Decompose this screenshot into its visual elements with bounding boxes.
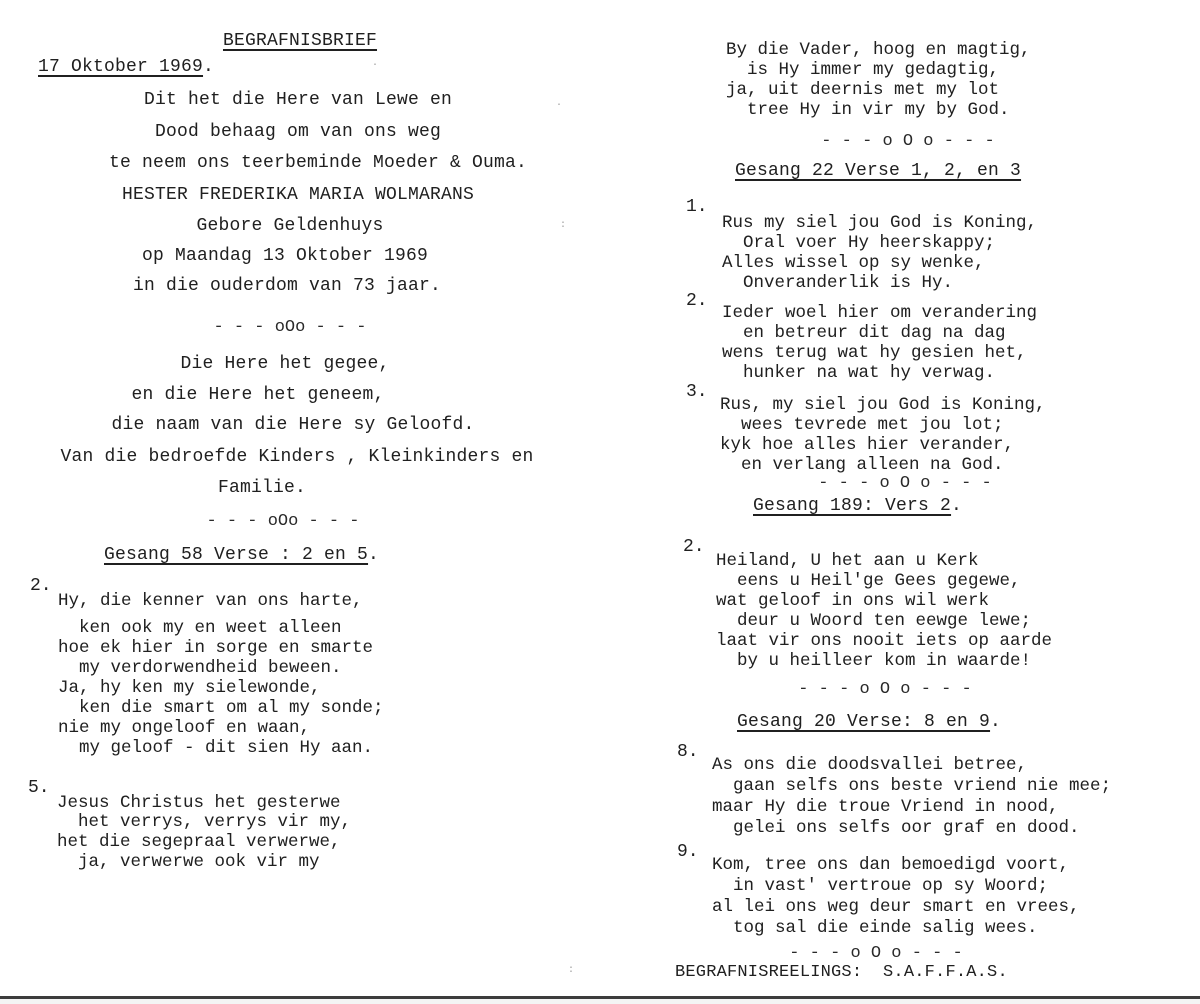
hymn-heading-20: Gesang 20 Verse: 8 en 9. <box>737 711 1001 733</box>
verse-line: gaan selfs ons beste vriend nie mee; <box>712 776 1111 796</box>
separator: - - - oOo - - - <box>206 512 359 531</box>
verse-number: 2. <box>30 576 52 596</box>
scan-speck: · <box>556 100 562 111</box>
page-bottom-strip <box>0 999 1200 1004</box>
scripture-line-2: en die Here het geneem, <box>131 384 384 406</box>
verse-line: Jesus Christus het gesterwe <box>57 793 341 813</box>
announcement-line-3: te neem ons teerbeminde Moeder & Ouma. <box>109 152 527 174</box>
hymn-heading-suffix: . <box>990 712 1001 732</box>
deceased-name: HESTER FREDERIKA MARIA WOLMARANS <box>122 184 474 206</box>
verse-line: Heiland, U het aan u Kerk <box>716 551 979 571</box>
verse-line: wat geloof in ons wil werk <box>716 591 989 611</box>
verse-line: wens terug wat hy gesien het, <box>722 343 1027 363</box>
verse-line: Kom, tree ons dan bemoedigd voort, <box>712 855 1069 875</box>
hymn-heading-text: Gesang 20 Verse: 8 en 9 <box>737 712 990 732</box>
verse-line: As ons die doodsvallei betree, <box>712 755 1027 775</box>
verse-line: By die Vader, hoog en magtig, <box>726 40 1031 60</box>
verse-line: ja, verwerwe ook vir my <box>57 852 320 872</box>
verse-line: ja, uit deernis met my lot <box>726 80 999 100</box>
verse-line: wees tevrede met jou lot; <box>720 415 1004 435</box>
verse-number: 5. <box>28 778 50 798</box>
funeral-arrangements: BEGRAFNISREELINGS: S.A.F.F.A.S. <box>675 962 1008 984</box>
letter-date: 17 Oktober 1969. <box>38 56 214 78</box>
verse-line: tree Hy in vir my by God. <box>726 100 1010 120</box>
verse-number: 3. <box>686 382 708 402</box>
verse-line: en betreur dit dag na dag <box>722 323 1006 343</box>
verse-line: hunker na wat hy verwag. <box>722 363 995 383</box>
verse-line: ken die smart om al my sonde; <box>58 698 384 718</box>
verse-line: tog sal die einde salig wees. <box>712 918 1038 938</box>
verse-line: laat vir ons nooit iets op aarde <box>716 631 1052 651</box>
hymn-heading-suffix: . <box>368 545 379 565</box>
verse-line: Onveranderlik is Hy. <box>722 273 953 293</box>
verse-number: 8. <box>677 742 699 762</box>
verse-line: ken ook my en weet alleen <box>58 618 342 638</box>
date-of-death: op Maandag 13 Oktober 1969 <box>142 245 428 267</box>
verse-line: my verdorwendheid beween. <box>58 658 342 678</box>
scan-speck: : <box>568 965 574 976</box>
document-title: BEGRAFNISBRIEF <box>223 30 377 52</box>
verse-line: gelei ons selfs oor graf en dood. <box>712 818 1080 838</box>
verse-line: en verlang alleen na God. <box>720 455 1004 475</box>
verse-line: Ieder woel hier om verandering <box>722 303 1037 323</box>
verse-number: 2. <box>686 291 708 311</box>
verse-line: eens u Heil'ge Gees gegewe, <box>716 571 1021 591</box>
scan-speck: : <box>560 220 566 231</box>
verse-line: Hy, die kenner van ons harte, <box>58 591 363 611</box>
separator: - - - o O o - - - <box>821 132 994 151</box>
verse-line: in vast' vertroue op sy Woord; <box>712 876 1048 896</box>
verse-line: Ja, hy ken my sielewonde, <box>58 678 321 698</box>
verse-line: by u heilleer kom in waarde! <box>716 651 1031 671</box>
verse-line: Oral voer Hy heerskappy; <box>722 233 995 253</box>
verse-line: nie my ongeloof en waan, <box>58 718 310 738</box>
verse-line: is Hy immer my gedagtig, <box>726 60 999 80</box>
separator: - - - o O o - - - <box>789 944 962 963</box>
scripture-line-1: Die Here het gegee, <box>180 353 389 375</box>
mourners-line: Van die bedroefde Kinders , Kleinkinders… <box>60 446 533 468</box>
scripture-line-3: die naam van die Here sy Geloofd. <box>111 414 474 436</box>
maiden-name: Gebore Geldenhuys <box>196 215 383 237</box>
hymn-heading-58: Gesang 58 Verse : 2 en 5. <box>104 544 379 566</box>
hymn-heading-text: Gesang 22 Verse 1, 2, en 3 <box>735 161 1021 181</box>
funeral-letter-page: BEGRAFNISBRIEF 17 Oktober 1969. Dit het … <box>0 0 1200 1004</box>
separator: - - - o O o - - - <box>798 680 971 699</box>
verse-number: 2. <box>683 537 705 557</box>
verse-line: het die segepraal verwerwe, <box>57 832 341 852</box>
announcement-line-1: Dit het die Here van Lewe en <box>144 89 452 111</box>
verse-number: 1. <box>686 197 708 217</box>
hymn-heading-text: Gesang 58 Verse : 2 en 5 <box>104 545 368 565</box>
verse-line: het verrys, verrys vir my, <box>57 812 351 832</box>
verse-line: Alles wissel op sy wenke, <box>722 253 985 273</box>
verse-line: al lei ons weg deur smart en vrees, <box>712 897 1080 917</box>
verse-line: deur u Woord ten eewge lewe; <box>716 611 1031 631</box>
separator: - - - oOo - - - <box>213 318 366 337</box>
age-at-death: in die ouderdom van 73 jaar. <box>133 275 441 297</box>
verse-line: my geloof - dit sien Hy aan. <box>58 738 373 758</box>
verse-line: hoe ek hier in sorge en smarte <box>58 638 373 658</box>
hymn-heading-suffix: . <box>951 496 962 516</box>
hymn-heading-text: Gesang 189: Vers 2 <box>753 496 951 516</box>
scan-speck: · <box>372 60 378 71</box>
hymn-heading-189: Gesang 189: Vers 2. <box>753 495 962 517</box>
verse-line: kyk hoe alles hier verander, <box>720 435 1014 455</box>
date-suffix: . <box>203 57 214 77</box>
separator: - - - o O o - - - <box>818 474 991 493</box>
hymn-heading-22: Gesang 22 Verse 1, 2, en 3 <box>735 160 1021 182</box>
date-text: 17 Oktober 1969 <box>38 57 203 77</box>
announcement-line-2: Dood behaag om van ons weg <box>155 121 441 143</box>
mourners-family: Familie. <box>218 477 306 499</box>
verse-line: Rus, my siel jou God is Koning, <box>720 395 1046 415</box>
verse-number: 9. <box>677 842 699 862</box>
verse-line: Rus my siel jou God is Koning, <box>722 213 1037 233</box>
verse-line: maar Hy die troue Vriend in nood, <box>712 797 1059 817</box>
